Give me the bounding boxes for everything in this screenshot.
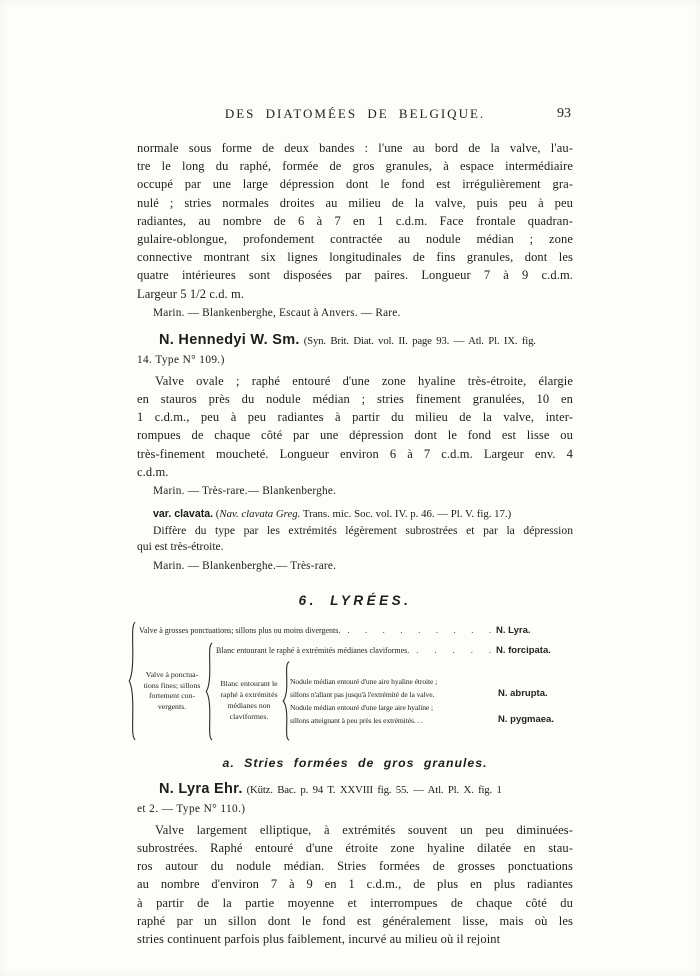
key-species-pygmaea: N. pygmaea. [498, 713, 558, 727]
species-description-lyra: Valve largement elliptique, à extrémités… [137, 821, 573, 948]
curly-brace-inner [282, 661, 290, 741]
species-description-hennedyi: Valve ovale ; raphé entouré d'une zone h… [137, 372, 573, 481]
key-row-lyra: Valve à grosses ponctuations; sillons pl… [139, 621, 558, 642]
key-group-label: Valve à ponctua-tions fines; sillonsfort… [139, 642, 205, 741]
running-header: DES DIATOMÉES DE BELGIQUE. 93 [137, 106, 573, 122]
variety-label: var. clavata. [153, 508, 213, 520]
species-heading-lyra: N. Lyra Ehr. (Kütz. Bac. p. 94 T. XXVIII… [137, 779, 573, 819]
key-species-abrupta: N. abrupta. [498, 687, 558, 701]
key-group-fine-punctuation: Valve à ponctua-tions fines; sillonsfort… [139, 642, 558, 741]
page-number: 93 [557, 106, 571, 122]
variety-reference-italic: Nav. clavata Greg. [219, 508, 300, 520]
key-species-lyra: N. Lyra. [496, 624, 558, 638]
group-heading-lyrees: 6. LYRÉES. [137, 593, 573, 608]
book-page: DES DIATOMÉES DE BELGIQUE. 93 normale so… [0, 0, 700, 976]
subsection-heading-stries: a. Stries formées de gros granules. [137, 756, 573, 770]
text-block: DES DIATOMÉES DE BELGIQUE. 93 normale so… [137, 0, 573, 948]
key-row-abrupta: Nodule médian entouré d'une aire hyaline… [290, 675, 558, 701]
species-name-lyra: N. Lyra Ehr. [159, 781, 243, 797]
dichotomous-key: Valve à grosses ponctuations; sillons pl… [128, 621, 558, 741]
variety-clavata: var. clavata. (Nav. clavata Greg. Trans.… [137, 506, 573, 574]
curly-brace-outer [128, 621, 136, 741]
locality-line-2: Marin. — Très-rare.— Blankenberghe. [137, 483, 573, 499]
species-reference-hennedyi-line2: 14. Type N° 109.) [137, 351, 573, 370]
locality-line-1: Marin. — Blankenberghe, Escaut à Anvers.… [137, 305, 573, 321]
key-leader-dots: . . . . . [409, 644, 496, 658]
key-desc-forcipata: Blanc entourant le raphé à extrémités mé… [216, 644, 409, 658]
species-reference-lyra: (Kütz. Bac. p. 94 T. XXVIII fig. 55. — A… [247, 784, 502, 796]
curly-brace-middle [205, 642, 213, 741]
species-reference-hennedyi: (Syn. Brit. Diat. vol. II. page 93. — At… [304, 335, 536, 347]
key-leader-dots: . . . . . . . . . [340, 624, 496, 638]
species-name-hennedyi: N. Hennedyi W. Sm. [159, 332, 300, 348]
key-desc-pygmaea: Nodule médian entouré d'une large aire h… [290, 701, 498, 727]
key-species-forcipata: N. forcipata. [496, 644, 558, 658]
running-header-title: DES DIATOMÉES DE BELGIQUE. [225, 106, 485, 121]
key-desc-abrupta: Nodule médian entouré d'une aire hyaline… [290, 675, 498, 701]
paragraph-continuation: normale sous forme de deux bandes : l'un… [137, 139, 573, 303]
locality-line-3: Marin. — Blankenberghe.— Très-rare. [137, 558, 573, 574]
key-row-pygmaea: Nodule médian entouré d'une large aire h… [290, 701, 558, 727]
key-row-forcipata: Blanc entourant le raphé à extrémités mé… [216, 642, 558, 661]
variety-description: Diffère du type par les extrémités légèr… [137, 523, 573, 556]
key-subgroup-label: Blanc entourant leraphé à extrémitésmédi… [216, 661, 282, 741]
key-subgroup-non-claviform: Blanc entourant leraphé à extrémitésmédi… [216, 661, 558, 741]
variety-reference-rest: Trans. mic. Soc. vol. IV. p. 46. — Pl. V… [303, 508, 511, 520]
species-heading-hennedyi: N. Hennedyi W. Sm. (Syn. Brit. Diat. vol… [137, 330, 573, 370]
species-reference-lyra-line2: et 2. — Type N° 110.) [137, 800, 573, 819]
key-desc-lyra: Valve à grosses ponctuations; sillons pl… [139, 624, 340, 638]
